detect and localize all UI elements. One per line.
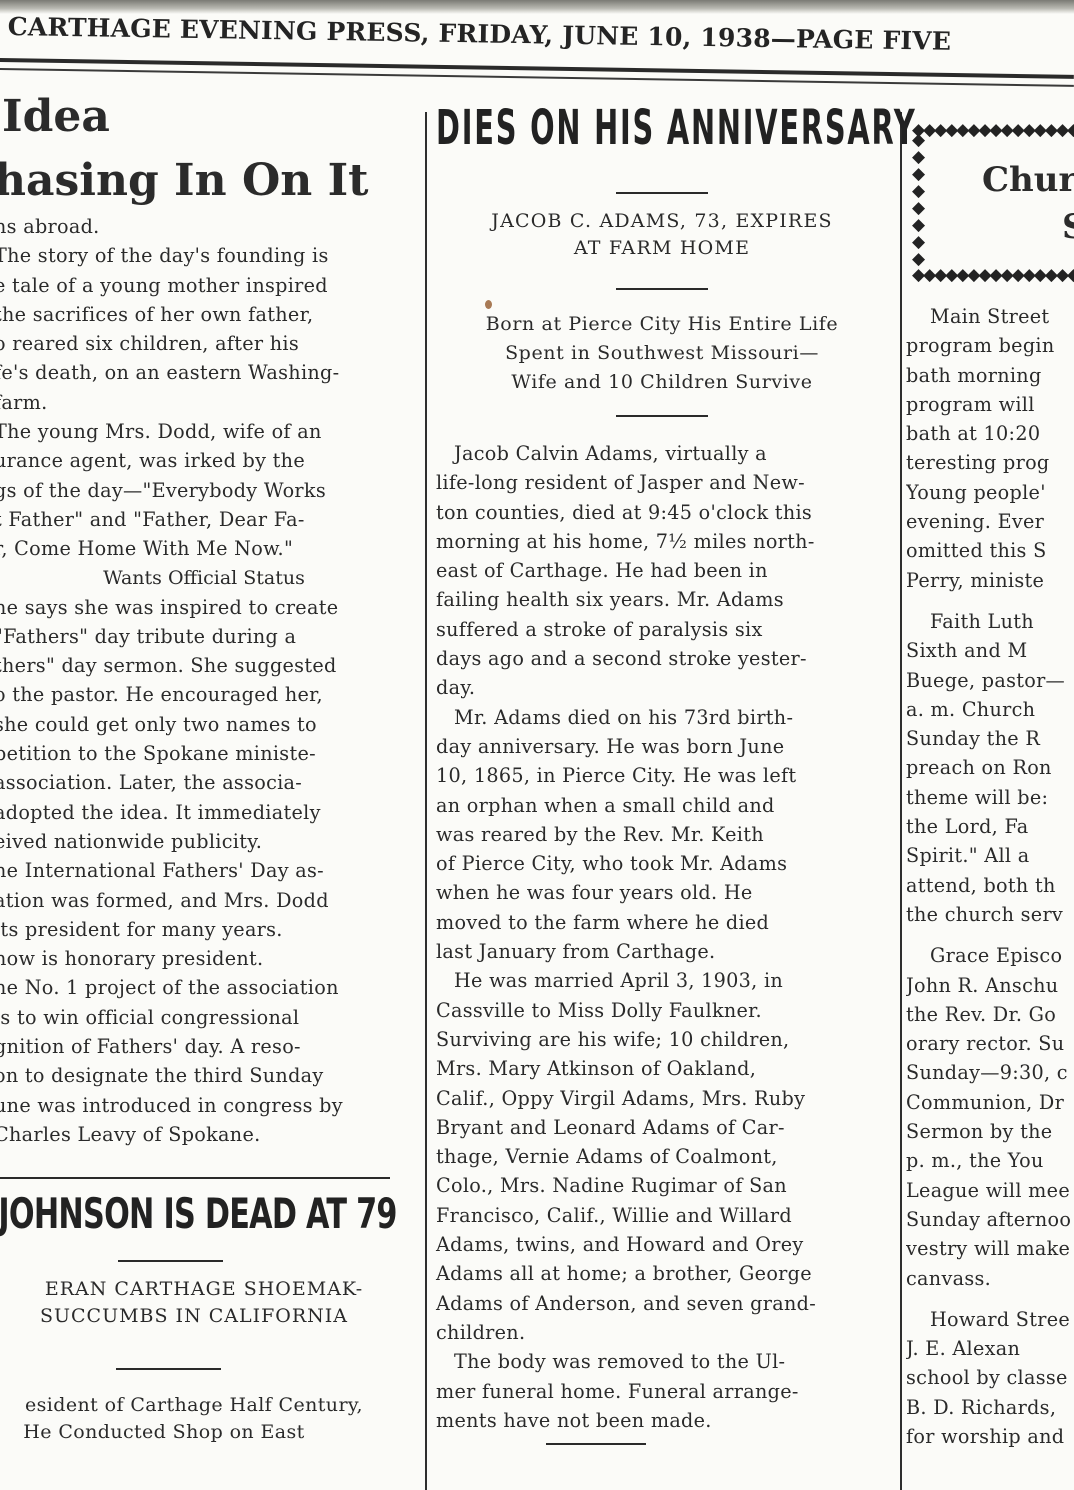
text-line: vestry will make — [906, 1234, 1074, 1263]
fathers-day-article: Idea hasing In On It ns abroad.The story… — [0, 92, 419, 1446]
text-line: Sunday afternoo — [906, 1205, 1074, 1234]
text-line: east of Carthage. He had been in — [436, 556, 888, 585]
text-line: failing health six years. Mr. Adams — [436, 585, 888, 614]
text-line: Main Street — [906, 302, 1074, 331]
text-line: Jacob Calvin Adams, virtually a — [436, 439, 888, 468]
diamond-border-left: ◆◆◆◆◆◆◆◆ — [912, 132, 926, 268]
text-line: morning at his home, 7½ miles north- — [436, 527, 888, 556]
fathers-day-paragraph: The young Mrs. Dodd, wife of anurance ag… — [0, 417, 414, 563]
end-rule — [546, 1443, 646, 1445]
text-line: o the pastor. He encouraged her, — [0, 680, 414, 709]
deck-rule — [616, 288, 708, 290]
text-line: of Pierce City, who took Mr. Adams — [436, 849, 888, 878]
text-line: Communion, Dr — [906, 1088, 1074, 1117]
fathers-day-paragraph: he International Fathers' Day as-ation w… — [0, 856, 414, 973]
text-line: Young people' — [906, 478, 1074, 507]
text-line: ments have not been made. — [436, 1406, 888, 1435]
text-line: suffered a stroke of paralysis six — [436, 615, 888, 644]
text-line: Adams, twins, and Howard and Orey — [436, 1230, 888, 1259]
text-line: p. m., the You — [906, 1146, 1074, 1175]
text-line: Adams of Anderson, and seven grand- — [436, 1289, 888, 1318]
text-line: He was married April 3, 1903, in — [436, 966, 888, 995]
fathers-day-paragraph: The story of the day's founding ise tale… — [0, 241, 414, 417]
church-notices-text: Main Streetprogram beginbath morningprog… — [906, 302, 1074, 1451]
church-notices-body: Main Streetprogram beginbath morningprog… — [906, 302, 1074, 1451]
text-line: B. D. Richards, — [906, 1393, 1074, 1422]
text-line: was reared by the Rev. Mr. Keith — [436, 820, 888, 849]
text-line: Mrs. Mary Atkinson of Oakland, — [436, 1054, 888, 1083]
johnson-deck-line-1: ERAN CARTHAGE SHOEMAK- — [0, 1276, 414, 1303]
obituary-headline: DIES ON HIS ANNIVERSARY — [436, 100, 707, 156]
text-line: The young Mrs. Dodd, wife of an — [0, 417, 414, 446]
text-line: Calif., Oppy Virgil Adams, Mrs. Ruby — [436, 1084, 888, 1113]
text-line: thers" day sermon. She suggested — [0, 651, 414, 680]
article-subhead: Wants Official Status — [0, 564, 414, 593]
text-line: teresting prog — [906, 448, 1074, 477]
text-line: moved to the farm where he died — [436, 908, 888, 937]
text-line: mer funeral home. Funeral arrange- — [436, 1377, 888, 1406]
text-line: Sunday—9:30, c — [906, 1058, 1074, 1087]
fathers-day-paragraph: he No. 1 project of the associationis to… — [0, 973, 414, 1149]
text-line: John R. Anschu — [906, 971, 1074, 1000]
text-line: bath morning — [906, 361, 1074, 390]
text-line: day anniversary. He was born June — [436, 732, 888, 761]
text-line: farm. — [0, 388, 414, 417]
text-line: ation was formed, and Mrs. Dodd — [0, 886, 414, 915]
text-line: urance agent, was irked by the — [0, 446, 414, 475]
paper-stain — [485, 300, 492, 309]
text-line: theme will be: — [906, 783, 1074, 812]
column-divider-right — [900, 112, 902, 1490]
text-line: the sacrifices of her own father, — [0, 300, 414, 329]
johnson-subdeck-line-1: esident of Carthage Half Century, — [0, 1392, 394, 1419]
johnson-deck-line-2: SUCCUMBS IN CALIFORNIA — [0, 1303, 394, 1330]
church-notice-paragraph: Faith LuthSixth and MBuege, pastor—a. m.… — [906, 607, 1074, 929]
text-line: The body was removed to the Ul- — [436, 1347, 888, 1376]
text-line: the Rev. Dr. Go — [906, 1000, 1074, 1029]
text-line: days ago and a second stroke yester- — [436, 644, 888, 673]
obituary-deck-line-2: AT FARM HOME — [436, 235, 888, 262]
adams-obituary-article: DIES ON HIS ANNIVERSARY JACOB C. ADAMS, … — [436, 100, 888, 1445]
obituary-subdeck-line-1: Born at Pierce City His Entire Life — [436, 310, 888, 339]
text-line: on to designate the third Sunday — [0, 1061, 414, 1090]
text-line: r, Come Home With Me Now." — [0, 534, 414, 563]
text-line: Buege, pastor— — [906, 666, 1074, 695]
headline-separator-rule — [118, 1260, 223, 1262]
text-line: for worship and — [906, 1422, 1074, 1451]
text-line: life-long resident of Jasper and New- — [436, 468, 888, 497]
text-line: 10, 1865, in Pierce City. He was left — [436, 761, 888, 790]
church-notice-paragraph: Main Streetprogram beginbath morningprog… — [906, 302, 1074, 595]
text-line: Adams all at home; a brother, George — [436, 1259, 888, 1288]
obituary-paragraph: The body was removed to the Ul-mer funer… — [436, 1347, 888, 1435]
obituary-paragraph: He was married April 3, 1903, inCassvill… — [436, 966, 888, 1347]
text-line: last January from Carthage. — [436, 937, 888, 966]
article-body-part-1: ns abroad.The story of the day's foundin… — [0, 212, 414, 564]
text-line: une was introduced in congress by — [0, 1091, 414, 1120]
text-line: Cassville to Miss Dolly Faulkner. — [436, 996, 888, 1025]
text-line: League will mee — [906, 1176, 1074, 1205]
church-notice-paragraph: Howard StreeJ. E. Alexanschool by classe… — [906, 1305, 1074, 1451]
text-line: its president for many years. — [0, 915, 414, 944]
text-line: now is honorary president. — [0, 944, 414, 973]
text-line: The story of the day's founding is — [0, 241, 414, 270]
text-line: Surviving are his wife; 10 children, — [436, 1025, 888, 1054]
text-line: Francisco, Calif., Willie and Willard — [436, 1201, 888, 1230]
text-line: Sunday the R — [906, 724, 1074, 753]
text-line: children. — [436, 1318, 888, 1347]
headline-line-2: hasing In On It — [0, 156, 419, 206]
text-line: Faith Luth — [906, 607, 1074, 636]
text-line: adopted the idea. It immediately — [0, 798, 414, 827]
scan-edge-shadow — [0, 0, 1074, 14]
text-line: gs of the day—"Everybody Works — [0, 476, 414, 505]
text-line: association. Later, the associa- — [0, 768, 414, 797]
text-line: day. — [436, 673, 888, 702]
text-line: ton counties, died at 9:45 o'clock this — [436, 498, 888, 527]
obituary-paragraph: Jacob Calvin Adams, virtually alife-long… — [436, 439, 888, 703]
diamond-border-bottom: ◆◆◆◆◆◆◆◆◆◆◆◆◆◆◆ — [912, 267, 1074, 284]
text-line: bath at 10:20 — [906, 419, 1074, 448]
obituary-deck-line-1: JACOB C. ADAMS, 73, EXPIRES — [436, 208, 888, 235]
headline-line-1: Idea — [0, 92, 419, 142]
headline-rule — [616, 192, 708, 194]
church-box-title-2: S — [1062, 207, 1074, 247]
text-line: school by classe — [906, 1363, 1074, 1392]
deck-separator-rule — [116, 1368, 221, 1370]
fathers-day-paragraph: ns abroad. — [0, 212, 414, 241]
text-line: evening. Ever — [906, 507, 1074, 536]
text-line: program begin — [906, 331, 1074, 360]
text-line: "Fathers" day tribute during a — [0, 622, 414, 651]
text-line: program will — [906, 390, 1074, 419]
text-line: Charles Leavy of Spokane. — [0, 1120, 414, 1149]
text-line: fe's death, on an eastern Washing- — [0, 358, 414, 387]
fathers-day-paragraph: he says she was inspired to create"Fathe… — [0, 593, 414, 857]
text-line: Bryant and Leonard Adams of Car- — [436, 1113, 888, 1142]
text-line: omitted this S — [906, 536, 1074, 565]
diamond-border-top: ◆◆◆◆◆◆◆◆◆◆◆◆◆◆◆ — [912, 122, 1074, 139]
church-box-title: Chur — [982, 160, 1074, 200]
text-line: canvass. — [906, 1264, 1074, 1293]
text-line: Sermon by the — [906, 1117, 1074, 1146]
text-line: a. m. Church — [906, 695, 1074, 724]
text-line: o reared six children, after his — [0, 329, 414, 358]
text-line: when he was four years old. He — [436, 878, 888, 907]
text-line: eived nationwide publicity. — [0, 827, 414, 856]
column-divider-left — [425, 112, 427, 1490]
text-line: J. E. Alexan — [906, 1334, 1074, 1363]
text-line: the Lord, Fa — [906, 812, 1074, 841]
text-line: he International Fathers' Day as- — [0, 856, 414, 885]
text-line: petition to the Spokane ministe- — [0, 739, 414, 768]
text-line: she could get only two names to — [0, 710, 414, 739]
text-line: Grace Episco — [906, 941, 1074, 970]
text-line: an orphan when a small child and — [436, 791, 888, 820]
text-line: thage, Vernie Adams of Coalmont, — [436, 1142, 888, 1171]
text-line: t Father" and "Father, Dear Fa- — [0, 505, 414, 534]
text-line: Perry, ministe — [906, 566, 1074, 595]
obituary-paragraph: Mr. Adams died on his 73rd birth-day ann… — [436, 703, 888, 967]
obituary-subdeck-line-3: Wife and 10 Children Survive — [436, 368, 888, 397]
text-line: e tale of a young mother inspired — [0, 271, 414, 300]
church-notices-header-box: ◆◆◆◆◆◆◆◆◆◆◆◆◆◆◆ ◆◆◆◆◆◆◆◆ Chur S ◆◆◆◆◆◆◆◆… — [912, 122, 1074, 274]
story-separator-rule — [0, 1177, 390, 1179]
text-line: Howard Stree — [906, 1305, 1074, 1334]
johnson-subdeck-line-2: He Conducted Shop on East — [0, 1419, 334, 1446]
text-line: is to win official congressional — [0, 1003, 414, 1032]
text-line: gnition of Fathers' day. A reso- — [0, 1032, 414, 1061]
masthead-rule-thin — [0, 68, 1074, 87]
article-body-part-2: he says she was inspired to create"Fathe… — [0, 593, 414, 1150]
text-line: preach on Ron — [906, 753, 1074, 782]
subdeck-rule — [616, 415, 708, 417]
newspaper-masthead: CARTHAGE EVENING PRESS, FRIDAY, JUNE 10,… — [8, 12, 1074, 58]
text-line: ns abroad. — [0, 212, 414, 241]
text-line: he says she was inspired to create — [0, 593, 414, 622]
text-line: the church serv — [906, 900, 1074, 929]
text-line: orary rector. Su — [906, 1029, 1074, 1058]
text-line: Sixth and M — [906, 636, 1074, 665]
text-line: Colo., Mrs. Nadine Rugimar of San — [436, 1171, 888, 1200]
text-line: Spirit." All a — [906, 841, 1074, 870]
text-line: attend, both th — [906, 871, 1074, 900]
johnson-headline: JOHNSON IS DEAD AT 79 — [0, 1189, 300, 1238]
text-line: Mr. Adams died on his 73rd birth- — [436, 703, 888, 732]
church-notice-paragraph: Grace EpiscoJohn R. Anschuthe Rev. Dr. G… — [906, 941, 1074, 1293]
obituary-subdeck-line-2: Spent in Southwest Missouri— — [436, 339, 888, 368]
obituary-body: Jacob Calvin Adams, virtually alife-long… — [436, 439, 888, 1435]
text-line: he No. 1 project of the association — [0, 973, 414, 1002]
